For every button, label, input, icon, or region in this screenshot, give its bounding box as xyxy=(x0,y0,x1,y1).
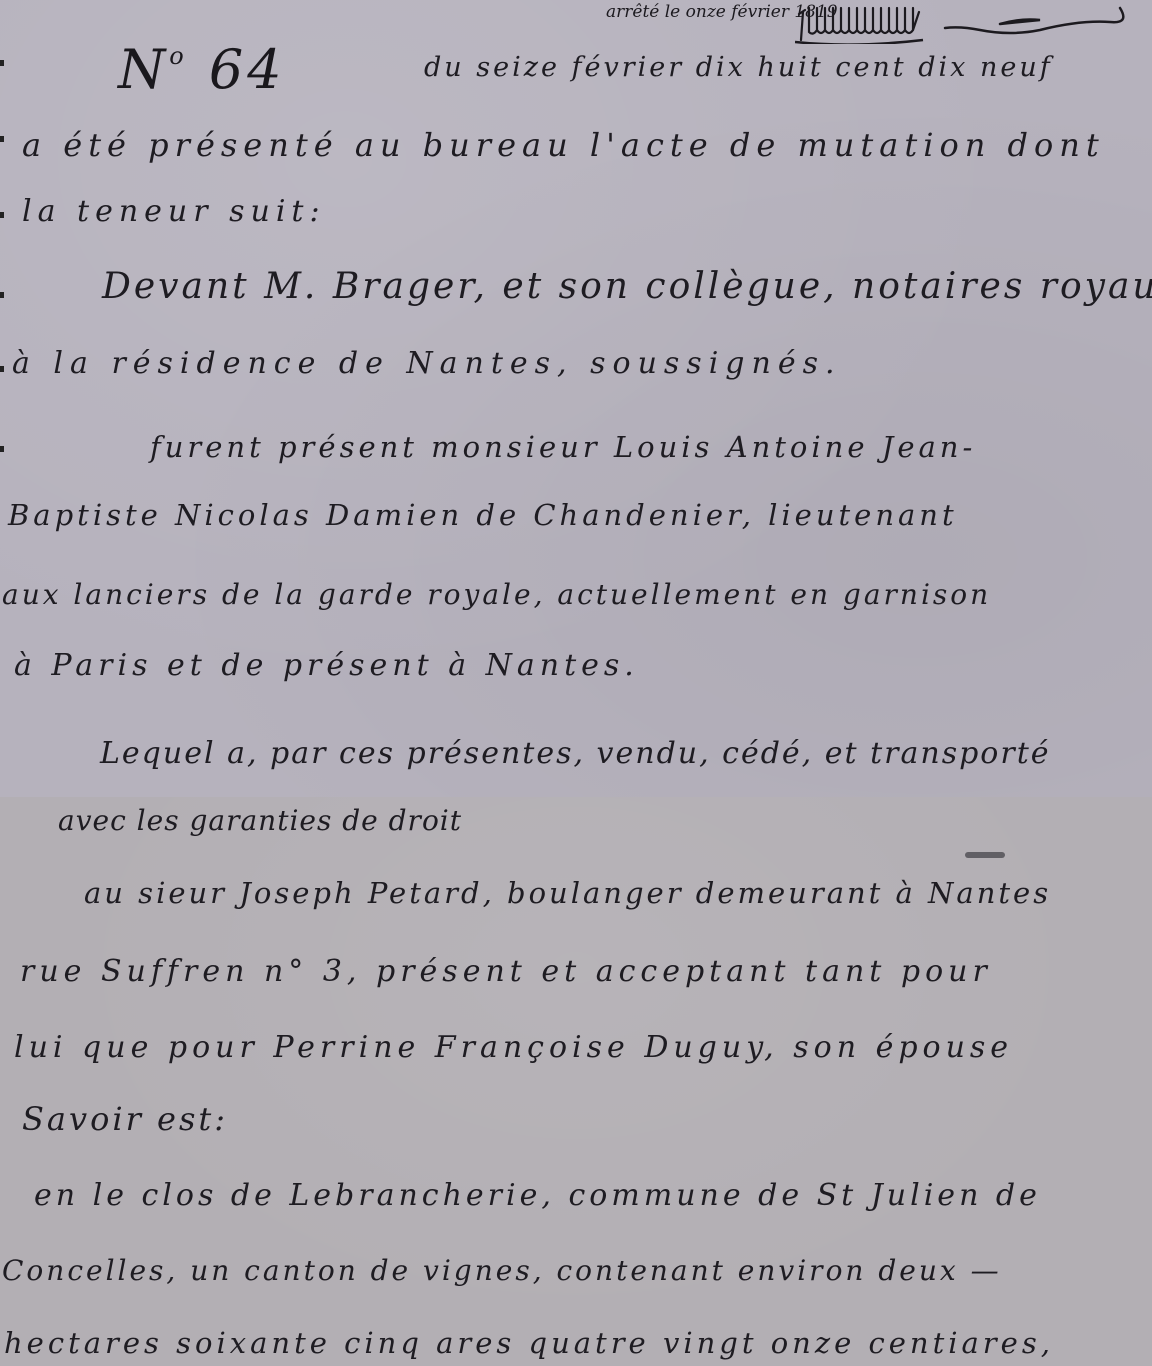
text-line: à Paris et de présent à Nantes. xyxy=(14,648,639,683)
act-number-sup: o xyxy=(169,42,187,70)
text-line: en le clos de Lebrancherie, commune de S… xyxy=(34,1178,1041,1213)
margin-mark xyxy=(0,446,4,452)
text-line: à la résidence de Nantes, soussignés. xyxy=(12,346,842,381)
document-page: arrêté le onze février 1819 No 64 du sei… xyxy=(0,0,1152,1366)
text-line: rue Suffren n° 3, présent et acceptant t… xyxy=(20,954,992,989)
margin-mark xyxy=(0,60,4,66)
text-line: Baptiste Nicolas Damien de Chandenier, l… xyxy=(8,498,958,532)
margin-mark xyxy=(0,292,4,298)
signature-icon xyxy=(795,2,935,44)
ink-smudge xyxy=(965,852,1005,858)
text-line: Concelles, un canton de vignes, contenan… xyxy=(2,1254,1002,1287)
act-number: No 64 xyxy=(118,38,286,101)
margin-mark xyxy=(0,136,4,142)
act-number-value: 64 xyxy=(209,38,286,101)
flourish-icon xyxy=(940,0,1140,40)
margin-mark xyxy=(0,366,4,372)
text-line: avec les garanties de droit xyxy=(58,804,462,837)
text-line: furent présent monsieur Louis Antoine Je… xyxy=(150,430,976,464)
text-line: a été présenté au bureau l'acte de mutat… xyxy=(22,126,1105,164)
text-line: aux lanciers de la garde royale, actuell… xyxy=(2,578,991,611)
text-line: la teneur suit: xyxy=(22,194,326,229)
margin-mark xyxy=(0,212,4,218)
text-line: du seize février dix huit cent dix neuf xyxy=(424,52,1053,83)
text-line: lui que pour Perrine Françoise Duguy, so… xyxy=(14,1030,1013,1065)
act-number-prefix: N xyxy=(118,38,169,101)
text-line: Devant M. Brager, et son collègue, notai… xyxy=(102,266,1152,307)
text-line: hectares soixante cinq ares quatre vingt… xyxy=(4,1326,1054,1360)
text-line: au sieur Joseph Petard, boulanger demeur… xyxy=(84,876,1051,910)
text-line: Savoir est: xyxy=(22,1100,228,1138)
text-line: Lequel a, par ces présentes, vendu, cédé… xyxy=(100,736,1051,771)
